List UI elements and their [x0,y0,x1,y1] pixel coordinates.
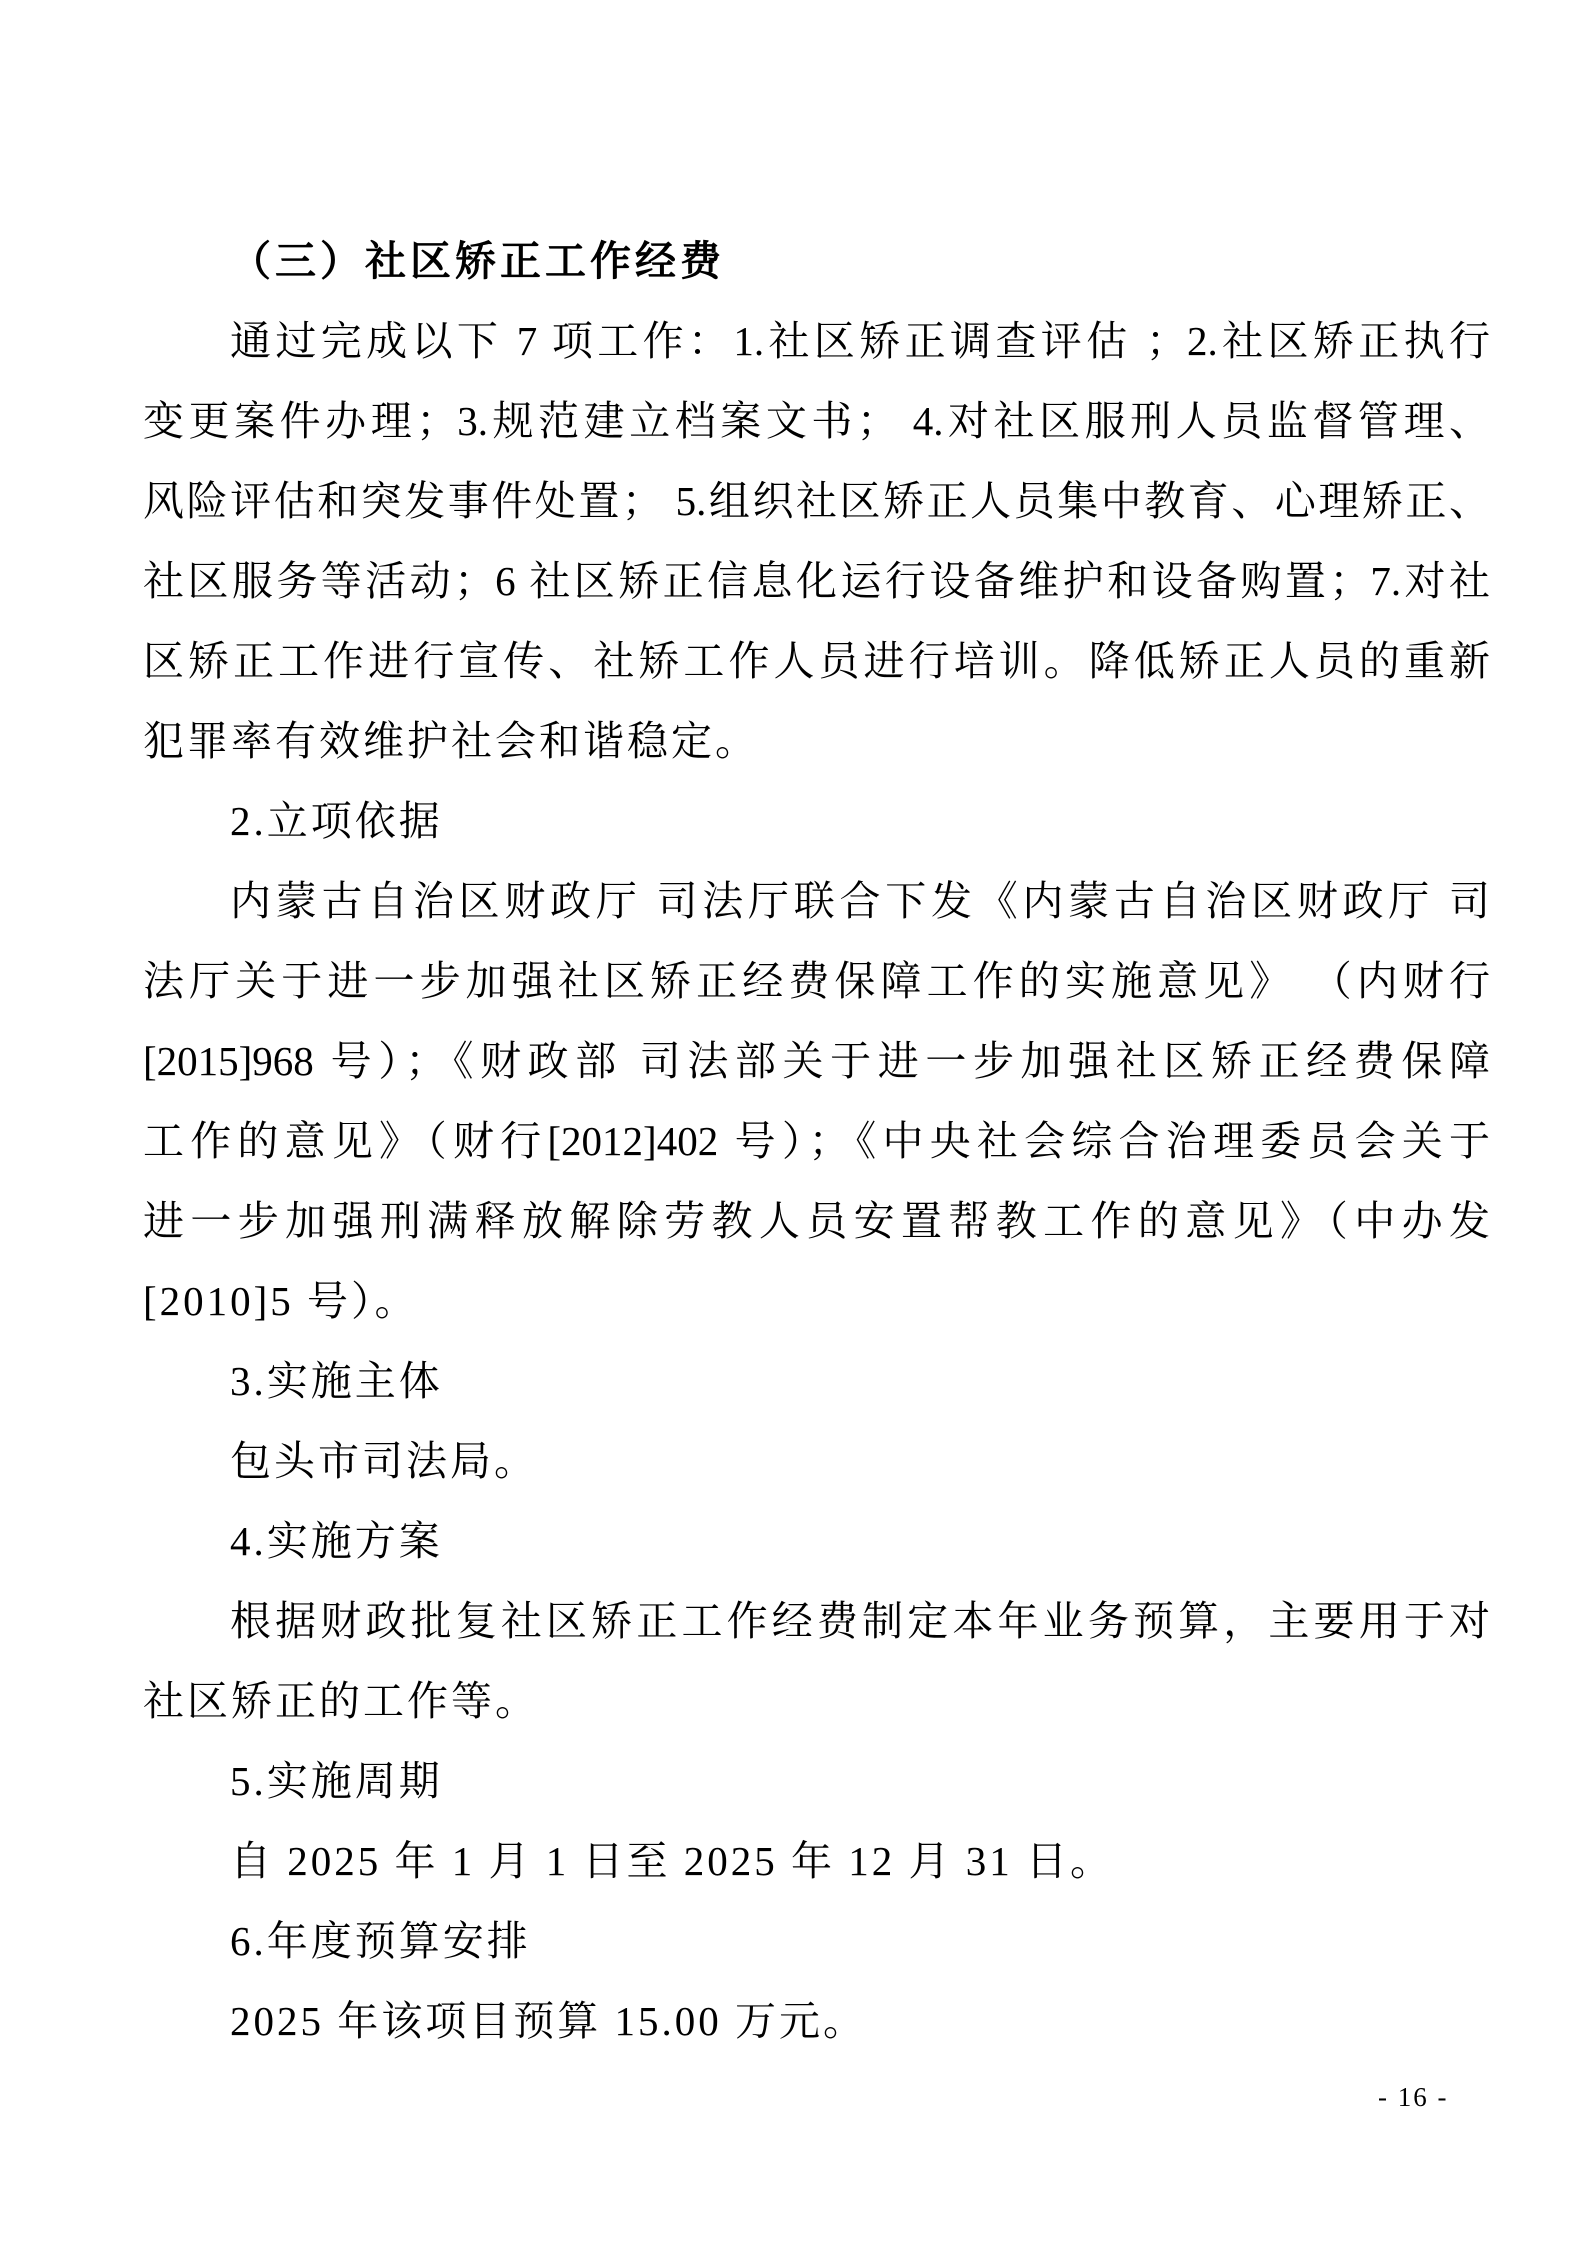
document-page: （三）社区矫正工作经费 通过完成以下 7 项工作：1.社区矫正调查评估 ；2.社… [0,0,1588,2245]
body-line: 社区矫正的工作等。 [143,1661,1490,1741]
body-line: 进一步加强刑满释放解除劳教人员安置帮教工作的意见》（中办发 [143,1181,1490,1261]
numbered-heading: 5.实施周期 [143,1741,1490,1821]
body-line: 内蒙古自治区财政厅 司法厅联合下发《内蒙古自治区财政厅 司 [143,861,1490,941]
body-line: 包头市司法局。 [143,1421,1490,1501]
document-body: （三）社区矫正工作经费 通过完成以下 7 项工作：1.社区矫正调查评估 ；2.社… [143,221,1490,2061]
section-heading: （三）社区矫正工作经费 [143,221,1490,301]
body-line: 区矫正工作进行宣传、社矫工作人员进行培训。降低矫正人员的重新 [143,621,1490,701]
body-line: 犯罪率有效维护社会和谐稳定。 [143,701,1490,781]
numbered-heading: 6.年度预算安排 [143,1901,1490,1981]
body-line: 社区服务等活动；6 社区矫正信息化运行设备维护和设备购置；7.对社 [143,541,1490,621]
body-line: 工作的意见》（财行[2012]402 号）；《中央社会综合治理委员会关于 [143,1101,1490,1181]
numbered-heading: 2.立项依据 [143,781,1490,861]
body-line: [2015]968 号）；《财政部 司法部关于进一步加强社区矫正经费保障 [143,1021,1490,1101]
numbered-heading: 4.实施方案 [143,1501,1490,1581]
numbered-heading: 3.实施主体 [143,1341,1490,1421]
body-line: 根据财政批复社区矫正工作经费制定本年业务预算，主要用于对 [143,1581,1490,1661]
body-line: 自 2025 年 1 月 1 日至 2025 年 12 月 31 日。 [143,1821,1490,1901]
page-number: - 16 - [1378,2082,1448,2113]
body-line: [2010]5 号）。 [143,1261,1490,1341]
body-line: 变更案件办理；3.规范建立档案文书； 4.对社区服刑人员监督管理、 [143,381,1490,461]
body-line: 2025 年该项目预算 15.00 万元。 [143,1981,1490,2061]
body-line: 风险评估和突发事件处置； 5.组织社区矫正人员集中教育、心理矫正、 [143,461,1490,541]
body-line: 法厅关于进一步加强社区矫正经费保障工作的实施意见》 （内财行 [143,941,1490,1021]
body-line: 通过完成以下 7 项工作：1.社区矫正调查评估 ；2.社区矫正执行 [143,301,1490,381]
